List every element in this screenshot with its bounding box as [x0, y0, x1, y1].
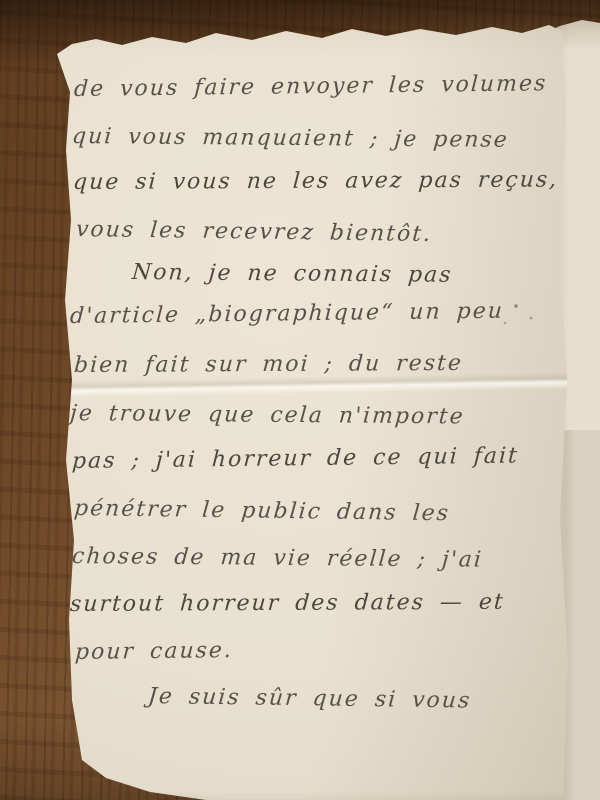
letter-line: pas ; j'ai horreur de ce qui fait: [71, 441, 520, 478]
letter-line: bien fait sur moi ; du reste: [73, 348, 464, 382]
wood-table-background: vo cit — a ja p de de vous faire envoyer…: [0, 0, 600, 800]
letter-line: que si vous ne les avez pas reçus,: [72, 164, 559, 199]
letter-line: Je suis sûr que si vous: [147, 681, 473, 717]
letter-line: choses de ma vie réelle ; j'ai: [71, 541, 484, 577]
letter-page: de vous faire envoyer les volumes qui vo…: [0, 0, 600, 800]
letter-line: surtout horreur des dates — et: [69, 587, 506, 621]
letter-line: je trouve que cela n'importe: [69, 398, 466, 433]
letter-line: de vous faire envoyer les volumes: [73, 68, 548, 106]
letter-line: Non, je ne connais pas: [131, 257, 454, 292]
letter-line: vous les recevrez bientôt.: [75, 214, 434, 251]
letter-line: qui vous manquaient ; je pense: [71, 121, 510, 157]
letter-line: d'article „biographique“ un peu: [69, 296, 505, 333]
letter-line: pour cause.: [74, 635, 234, 669]
letter-line: pénétrer le public dans les: [73, 493, 452, 530]
